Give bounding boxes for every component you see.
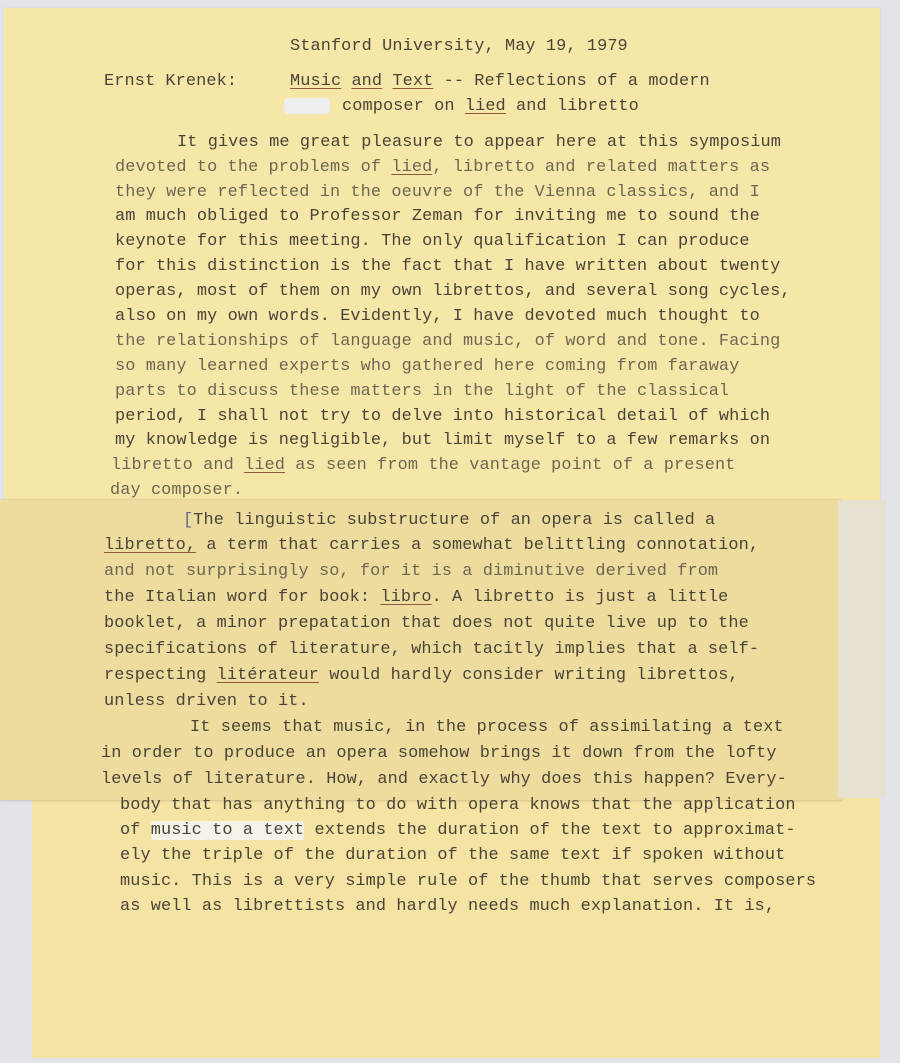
margin-bracket-mark: [: [183, 511, 193, 530]
title-word-music: Music: [290, 72, 341, 91]
adhesive-tape-strip: [838, 500, 886, 798]
p3-line-8: as well as librettists and hardly needs …: [120, 897, 775, 916]
p3-line-1: It seems that music, in the process of a…: [190, 718, 784, 737]
p2-line-3: and not surprisingly so, for it is a dim…: [104, 562, 718, 581]
subtitle-post: and libretto: [506, 97, 639, 116]
p1-line-11: parts to discuss these matters in the li…: [115, 382, 729, 401]
p1-line-14: libretto and lied as seen from the vanta…: [111, 456, 735, 475]
p1-line-4: am much obliged to Professor Zeman for i…: [115, 207, 760, 226]
p2-line-8: unless driven to it.: [104, 692, 309, 711]
date-line: Stanford University, May 19, 1979: [290, 37, 628, 56]
title-word-text: Text: [392, 72, 433, 91]
p3-line-2: in order to produce an opera somehow bri…: [101, 744, 777, 763]
title-line: Music and Text -- Reflections of a moder…: [290, 72, 710, 91]
subtitle-pre: composer on: [342, 97, 465, 116]
p1-line-3: they were reflected in the oeuvre of the…: [115, 183, 760, 202]
p3-line-4: body that has anything to do with opera …: [120, 796, 796, 815]
title-word-and: and: [351, 72, 382, 91]
p1-line-6: for this distinction is the fact that I …: [115, 257, 780, 276]
title-rest: -- Reflections of a modern: [433, 72, 709, 91]
author-name: Ernst Krenek:: [104, 72, 237, 91]
p2-line-7: respecting litérateur would hardly consi…: [104, 666, 739, 685]
p1-line-13: my knowledge is negligible, but limit my…: [115, 431, 770, 450]
p1-line-12: period, I shall not try to delve into hi…: [115, 407, 770, 426]
subtitle-line: composer on lied and libretto: [342, 97, 639, 116]
p2-line-6: specifications of literature, which taci…: [104, 640, 759, 659]
p1-line-5: keynote for this meeting. The only quali…: [115, 232, 750, 251]
p3-line-3: levels of literature. How, and exactly w…: [101, 770, 787, 789]
paper-sheet-bottom: [32, 775, 880, 1058]
p1-line-8: also on my own words. Evidently, I have …: [115, 307, 760, 326]
p2-line-5: booklet, a minor prepatation that does n…: [104, 614, 749, 633]
p2-line-4: the Italian word for book: libro. A libr…: [104, 588, 728, 607]
p2-line-2: libretto, a term that carries a somewhat…: [104, 536, 759, 555]
p3-line-6: ely the triple of the duration of the sa…: [120, 846, 785, 865]
p3-line-5: of music to a text extends the duration …: [120, 821, 796, 840]
p1-line-9: the relationships of language and music,…: [115, 332, 780, 351]
p1-line-1: It gives me great pleasure to appear her…: [177, 133, 781, 152]
p2-line-1: [The linguistic substructure of an opera…: [183, 511, 715, 530]
p1-line-15: day composer.: [110, 481, 243, 500]
p1-line-2: devoted to the problems of lied, librett…: [115, 158, 770, 177]
p3-line-7: music. This is a very simple rule of the…: [120, 872, 816, 891]
p1-line-10: so many learned experts who gathered her…: [115, 357, 739, 376]
subtitle-lied: lied: [465, 97, 506, 116]
correction-fluid-mark: [284, 98, 330, 114]
p1-line-7: operas, most of them on my own librettos…: [115, 282, 791, 301]
